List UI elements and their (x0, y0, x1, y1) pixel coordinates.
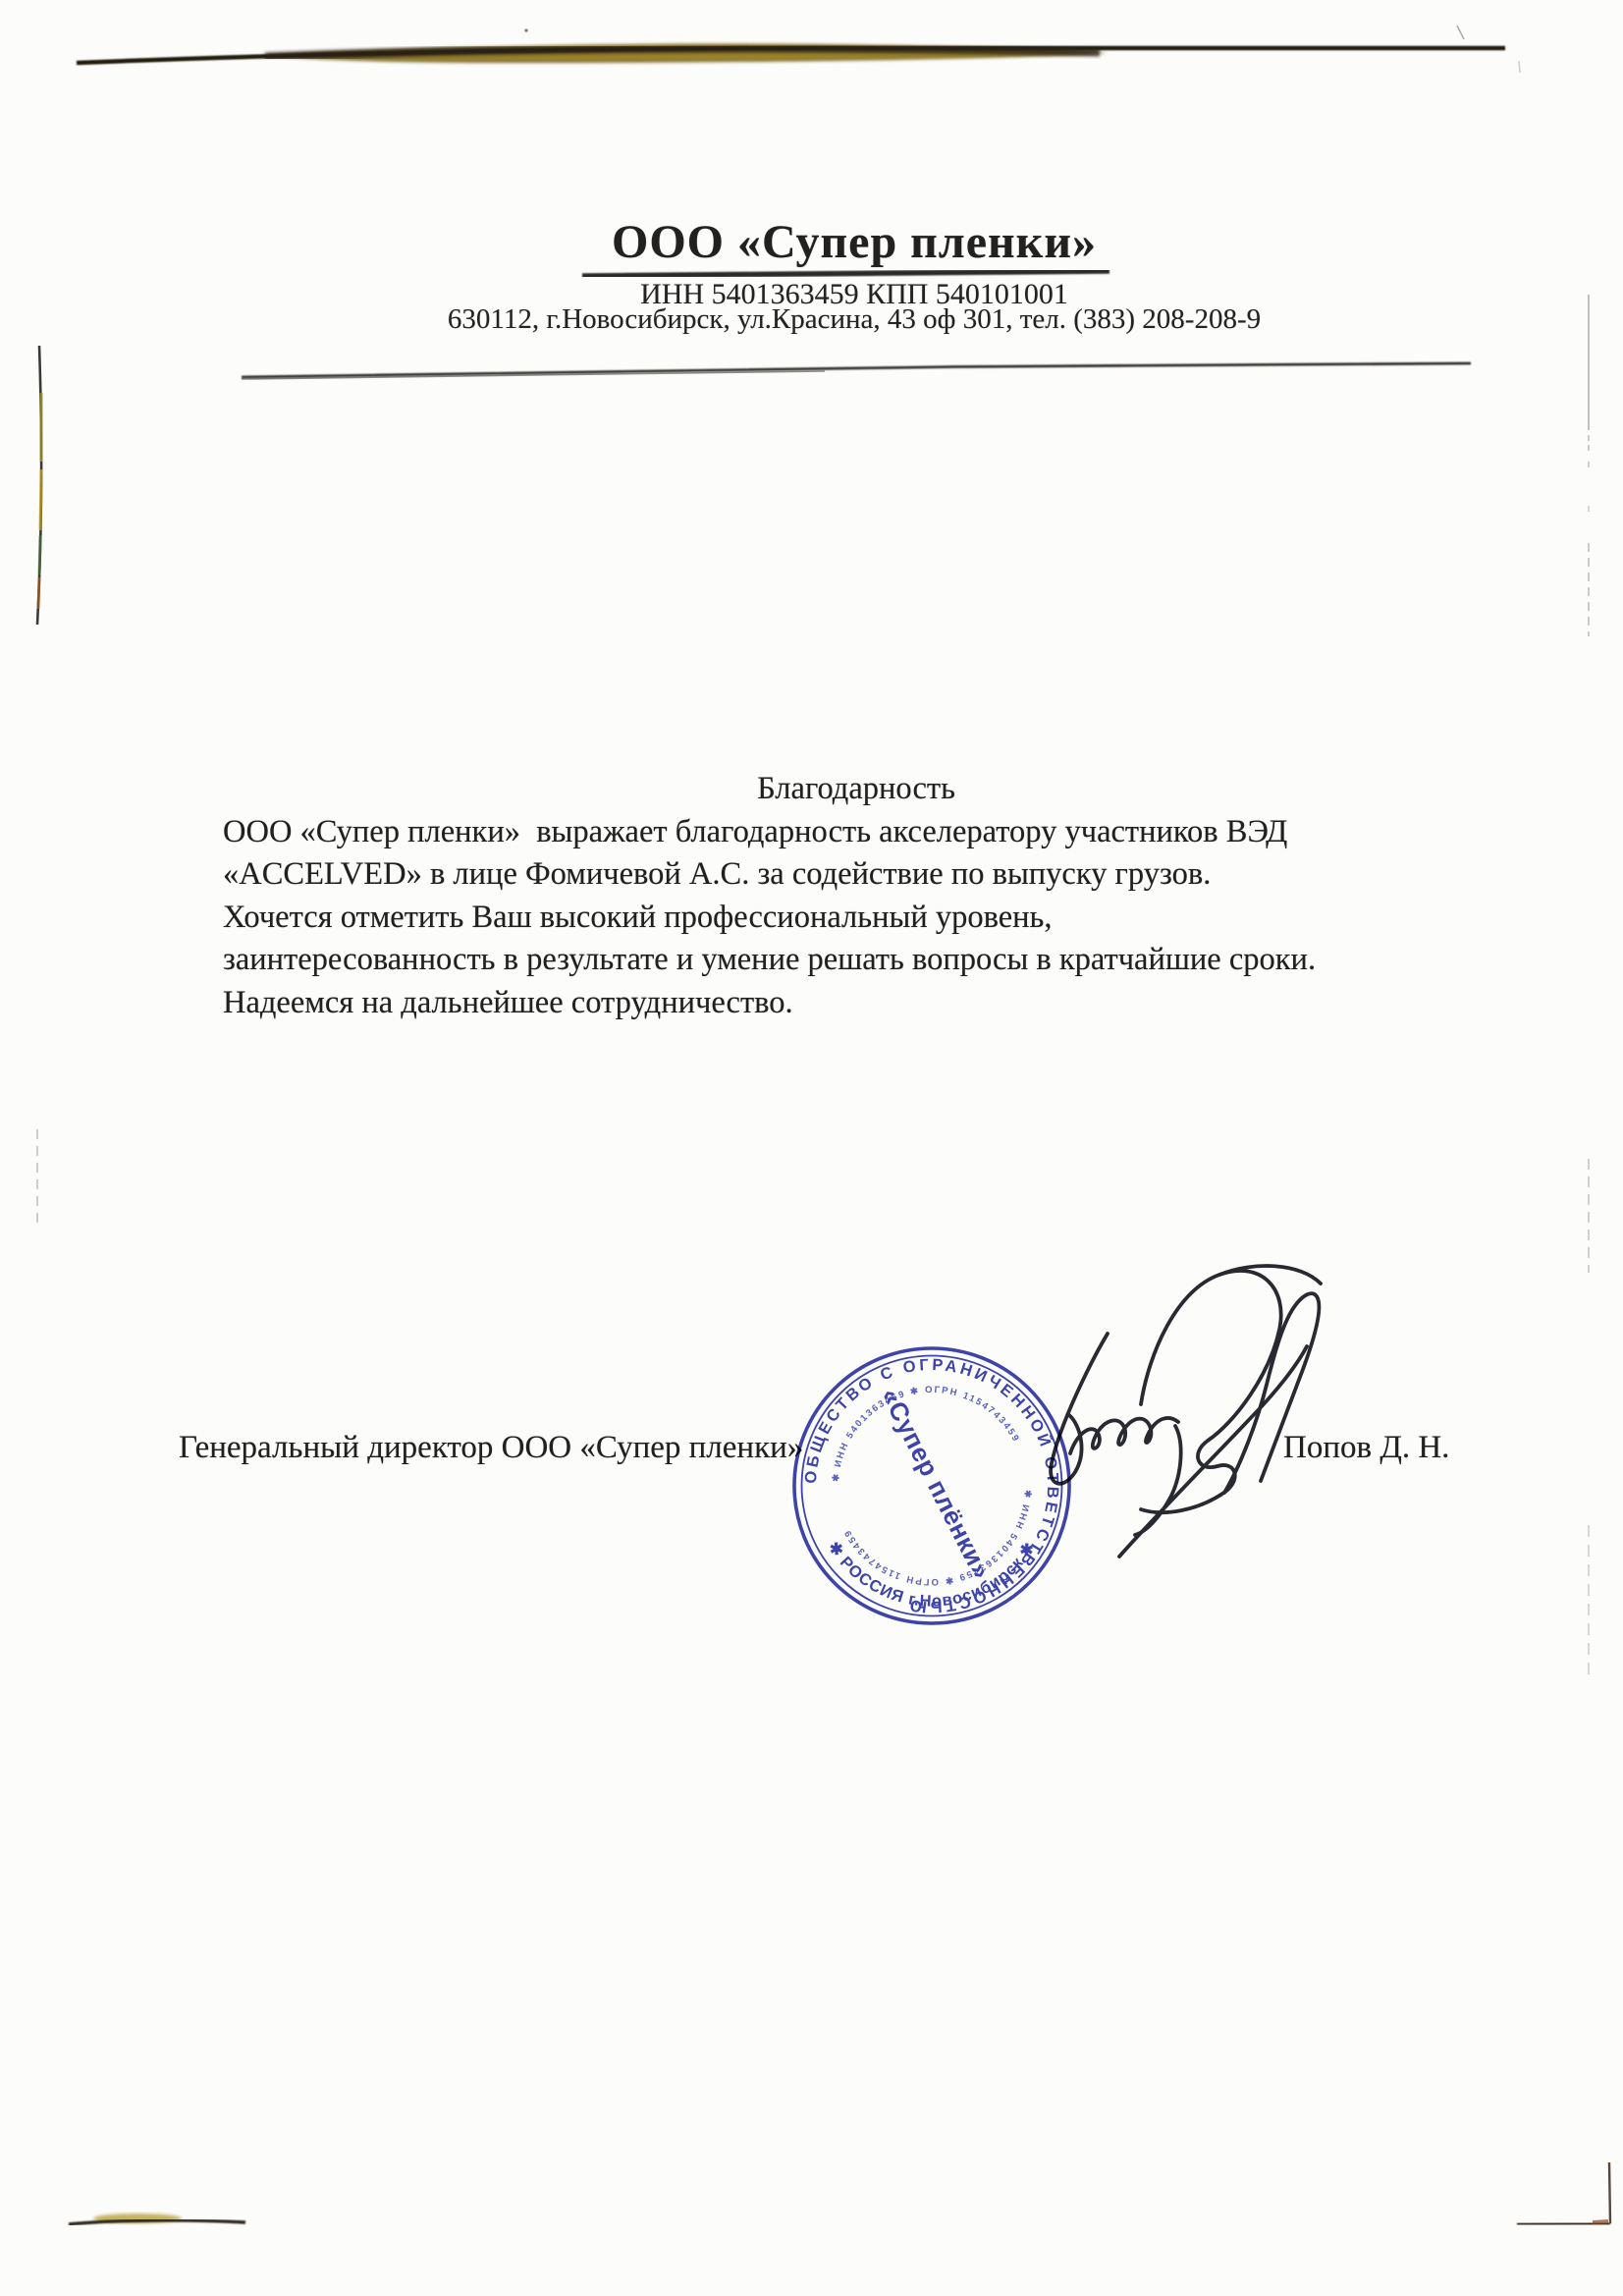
signature-stroke (1141, 1271, 1281, 1512)
signature-stroke (1070, 1418, 1178, 1453)
signature-stroke (1051, 1334, 1108, 1484)
handwritten-signature (0, 0, 1623, 2296)
signature-stroke (1135, 1426, 1181, 1535)
scanned-letter-page: ООО «Супер пленки» ИНН 5401363459 КПП 54… (0, 0, 1623, 2296)
